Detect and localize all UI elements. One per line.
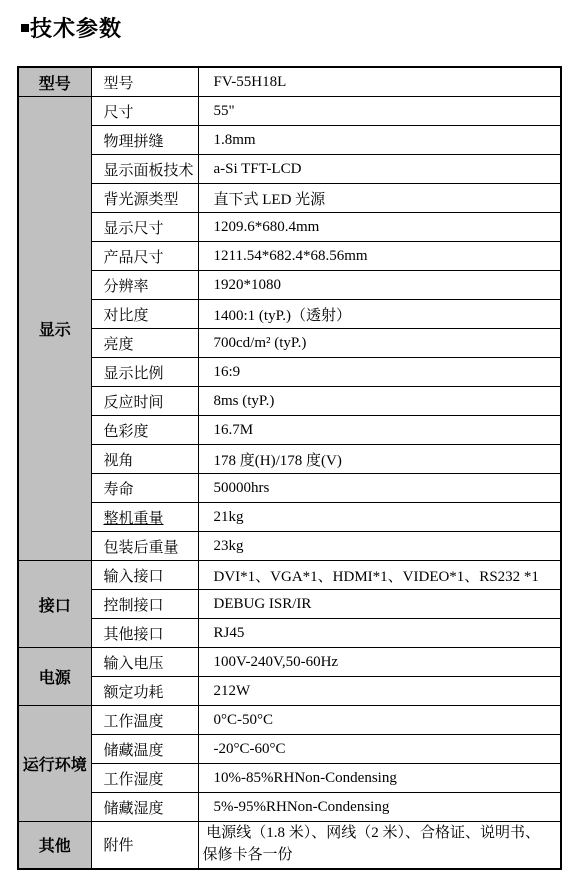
table-row: 显示面板技术a-Si TFT-LCD <box>18 155 561 184</box>
spec-value-cell: 直下式 LED 光源 <box>198 184 561 213</box>
table-row: 寿命50000hrs <box>18 474 561 503</box>
category-cell: 运行环境 <box>18 706 91 822</box>
spec-label-cell: 储藏温度 <box>91 735 198 764</box>
spec-label-cell: 反应时间 <box>91 387 198 416</box>
table-row: 物理拼缝1.8mm <box>18 126 561 155</box>
spec-value-cell: RJ45 <box>198 619 561 648</box>
spec-label-cell: 工作温度 <box>91 706 198 735</box>
spec-value-cell: -20°C-60°C <box>198 735 561 764</box>
table-row: 反应时间8ms (tyP.) <box>18 387 561 416</box>
spec-table: 型号型号FV-55H18L显示尺寸55"物理拼缝1.8mm显示面板技术a-Si … <box>17 66 562 870</box>
spec-label-cell: 寿命 <box>91 474 198 503</box>
spec-value-cell: 23kg <box>198 532 561 561</box>
spec-label-cell: 储藏湿度 <box>91 793 198 822</box>
spec-label-cell: 工作湿度 <box>91 764 198 793</box>
spec-value-cell: 1209.6*680.4mm <box>198 213 561 242</box>
spec-value-cell: 55" <box>198 97 561 126</box>
spec-label-cell: 分辨率 <box>91 271 198 300</box>
table-row: 额定功耗212W <box>18 677 561 706</box>
spec-label-cell: 背光源类型 <box>91 184 198 213</box>
square-bullet-icon <box>21 24 29 32</box>
table-row: 背光源类型直下式 LED 光源 <box>18 184 561 213</box>
category-cell: 型号 <box>18 67 91 97</box>
spec-value-cell: 212W <box>198 677 561 706</box>
spec-value-cell: 电源线（1.8 米）、网线（2 米）、合格证、说明书、 保修卡各一份 <box>198 822 561 869</box>
spec-value-cell: 700cd/m² (tyP.) <box>198 329 561 358</box>
table-row: 色彩度16.7M <box>18 416 561 445</box>
category-cell: 接口 <box>18 561 91 648</box>
spec-label-cell: 尺寸 <box>91 97 198 126</box>
table-row: 接口输入接口DVI*1、VGA*1、HDMI*1、VIDEO*1、RS232 *… <box>18 561 561 590</box>
spec-label-cell: 其他接口 <box>91 619 198 648</box>
table-row: 包装后重量23kg <box>18 532 561 561</box>
spec-label-cell: 附件 <box>91 822 198 869</box>
spec-value-cell: 1920*1080 <box>198 271 561 300</box>
page-title: 技术参数 <box>21 12 122 43</box>
spec-label-cell: 产品尺寸 <box>91 242 198 271</box>
table-row: 显示比例16:9 <box>18 358 561 387</box>
spec-value-cell: a-Si TFT-LCD <box>198 155 561 184</box>
spec-value-cell: 16.7M <box>198 416 561 445</box>
spec-label-cell: 显示面板技术 <box>91 155 198 184</box>
category-cell: 显示 <box>18 97 91 561</box>
spec-label-cell: 显示尺寸 <box>91 213 198 242</box>
spec-value-cell: DVI*1、VGA*1、HDMI*1、VIDEO*1、RS232 *1 <box>198 561 561 590</box>
spec-value-cell: FV-55H18L <box>198 67 561 97</box>
table-row: 储藏湿度5%-95%RHNon-Condensing <box>18 793 561 822</box>
table-row: 电源输入电压100V-240V,50-60Hz <box>18 648 561 677</box>
spec-label-cell: 型号 <box>91 67 198 97</box>
spec-value-cell: DEBUG ISR/IR <box>198 590 561 619</box>
spec-value-cell: 10%-85%RHNon-Condensing <box>198 764 561 793</box>
spec-label-cell: 控制接口 <box>91 590 198 619</box>
page: 技术参数 型号型号FV-55H18L显示尺寸55"物理拼缝1.8mm显示面板技术… <box>0 0 575 884</box>
spec-label-cell: 物理拼缝 <box>91 126 198 155</box>
table-row: 运行环境工作温度0°C-50°C <box>18 706 561 735</box>
spec-value-cell: 16:9 <box>198 358 561 387</box>
spec-value-cell: 8ms (tyP.) <box>198 387 561 416</box>
table-row: 分辨率1920*1080 <box>18 271 561 300</box>
spec-label-cell: 输入电压 <box>91 648 198 677</box>
table-row: 工作湿度10%-85%RHNon-Condensing <box>18 764 561 793</box>
spec-label-cell: 整机重量 <box>91 503 198 532</box>
spec-value-cell: 50000hrs <box>198 474 561 503</box>
page-title-text: 技术参数 <box>30 12 122 43</box>
spec-label-cell: 视角 <box>91 445 198 474</box>
spec-value-cell: 1211.54*682.4*68.56mm <box>198 242 561 271</box>
table-row: 视角178 度(H)/178 度(V) <box>18 445 561 474</box>
table-row: 控制接口DEBUG ISR/IR <box>18 590 561 619</box>
table-row: 亮度700cd/m² (tyP.) <box>18 329 561 358</box>
spec-value-cell: 21kg <box>198 503 561 532</box>
table-row: 其他接口RJ45 <box>18 619 561 648</box>
spec-label-cell: 显示比例 <box>91 358 198 387</box>
table-row: 其他附件 电源线（1.8 米）、网线（2 米）、合格证、说明书、 保修卡各一份 <box>18 822 561 869</box>
spec-label-cell: 色彩度 <box>91 416 198 445</box>
table-row: 对比度1400:1 (tyP.)（透射） <box>18 300 561 329</box>
spec-label-cell: 额定功耗 <box>91 677 198 706</box>
category-cell: 电源 <box>18 648 91 706</box>
spec-label-cell: 输入接口 <box>91 561 198 590</box>
spec-label-cell: 包装后重量 <box>91 532 198 561</box>
table-row: 型号型号FV-55H18L <box>18 67 561 97</box>
spec-value-cell: 0°C-50°C <box>198 706 561 735</box>
spec-value-cell: 178 度(H)/178 度(V) <box>198 445 561 474</box>
table-row: 显示尺寸55" <box>18 97 561 126</box>
spec-value-cell: 5%-95%RHNon-Condensing <box>198 793 561 822</box>
table-row: 产品尺寸1211.54*682.4*68.56mm <box>18 242 561 271</box>
category-cell: 其他 <box>18 822 91 869</box>
table-row: 储藏温度-20°C-60°C <box>18 735 561 764</box>
spec-label-cell: 亮度 <box>91 329 198 358</box>
spec-value-cell: 1.8mm <box>198 126 561 155</box>
table-row: 显示尺寸1209.6*680.4mm <box>18 213 561 242</box>
spec-value-cell: 1400:1 (tyP.)（透射） <box>198 300 561 329</box>
table-row: 整机重量21kg <box>18 503 561 532</box>
spec-value-cell: 100V-240V,50-60Hz <box>198 648 561 677</box>
spec-label-cell: 对比度 <box>91 300 198 329</box>
